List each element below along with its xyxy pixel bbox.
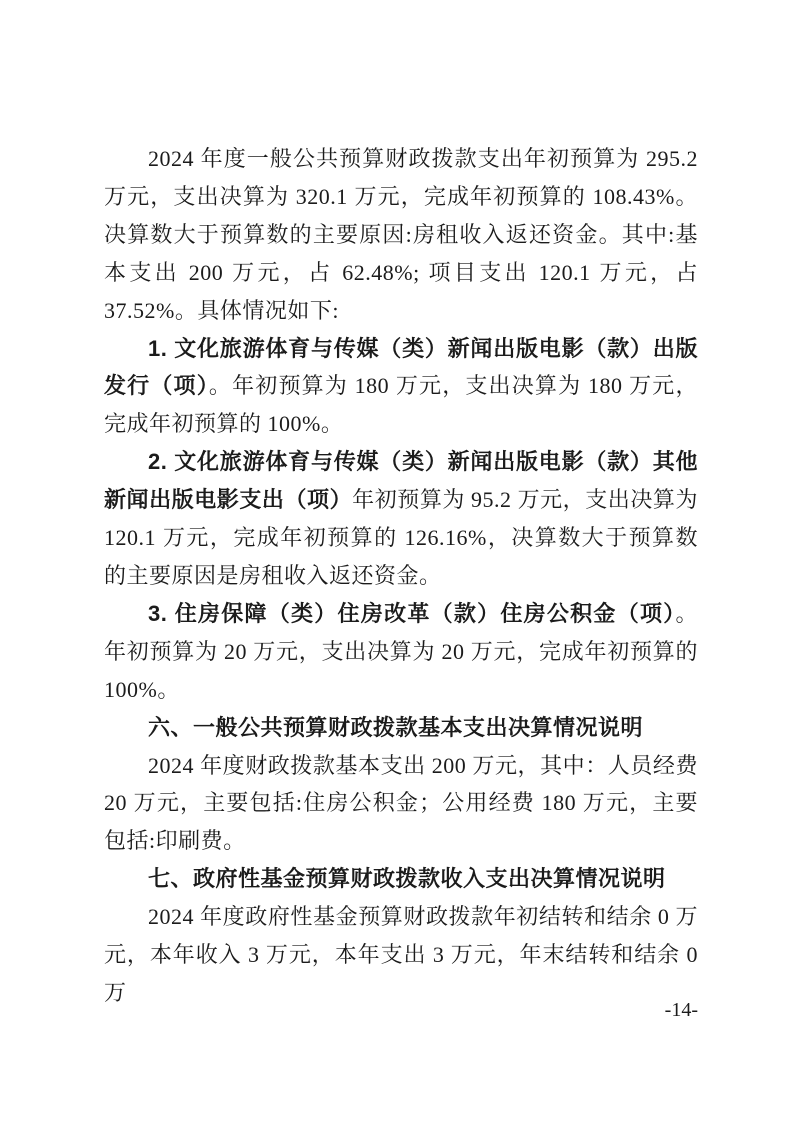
section-6-body: 2024 年度财政拨款基本支出 200 万元，其中：人员经费 20 万元，主要包… xyxy=(104,747,698,861)
document-body: 2024 年度一般公共预算财政拨款支出年初预算为 295.2 万元，支出决算为 … xyxy=(104,140,698,1012)
document-page: 2024 年度一般公共预算财政拨款支出年初预算为 295.2 万元，支出决算为 … xyxy=(0,0,800,1131)
paragraph-item-2: 2. 文化旅游体育与传媒（类）新闻出版电影（款）其他新闻出版电影支出（项）年初预… xyxy=(104,443,698,595)
section-6-heading: 六、一般公共预算财政拨款基本支出决算情况说明 xyxy=(104,709,698,747)
page-number: -14- xyxy=(104,999,698,1022)
item-3-bold-lead: 3. 住房保障（类）住房改革（款）住房公积金（项） xyxy=(148,601,675,626)
paragraph-item-3: 3. 住房保障（类）住房改革（款）住房公积金（项）。年初预算为 20 万元，支出… xyxy=(104,595,698,709)
paragraph-item-1: 1. 文化旅游体育与传媒（类）新闻出版电影（款）出版发行（项）。年初预算为 18… xyxy=(104,330,698,444)
section-7-body: 2024 年度政府性基金预算财政拨款年初结转和结余 0 万元，本年收入 3 万元… xyxy=(104,898,698,1012)
paragraph-general-budget-expenditure-overview: 2024 年度一般公共预算财政拨款支出年初预算为 295.2 万元，支出决算为 … xyxy=(104,140,698,330)
section-7-heading: 七、政府性基金预算财政拨款收入支出决算情况说明 xyxy=(104,860,698,898)
